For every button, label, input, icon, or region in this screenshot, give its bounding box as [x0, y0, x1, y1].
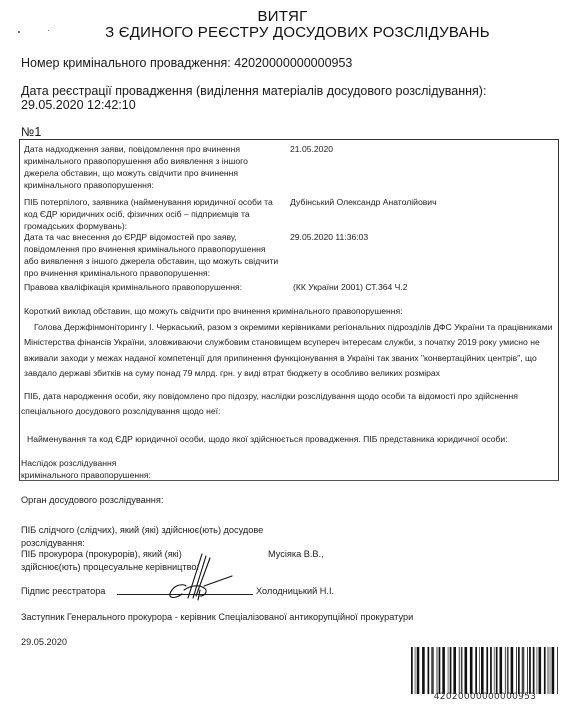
handwritten-signature-icon	[160, 550, 240, 602]
row-label-entry-datetime: Дата та час внесення до ЄРДР відомостей …	[24, 231, 280, 279]
outcome-label: Наслідок розслідування кримінального пра…	[21, 458, 171, 481]
document-date: 29.05.2020	[21, 636, 67, 649]
registrar-name: Холодницький Н.І.	[256, 585, 334, 598]
barcode-number: 42020000000000953	[410, 692, 560, 702]
investigation-body-label: Орган досудового розслідування:	[21, 494, 163, 507]
registration-date: Дата реєстрації провадження (виділення м…	[21, 84, 501, 112]
position-title: Заступник Генерального прокурора - керів…	[21, 611, 541, 624]
suspect-label: ПІБ, дата народження особи, яку повідомл…	[21, 389, 553, 420]
investigator-label: ПІБ слідчого (слідчих), який (які) здійс…	[21, 524, 271, 549]
barcode-icon	[410, 647, 560, 694]
row-label-victim: ПІБ потерпілого, заявника (найменування …	[24, 196, 274, 232]
row-value-entry-datetime: 29.05.2020 11:36:03	[290, 231, 550, 243]
entry-number: №1	[21, 125, 41, 139]
row-value-report-date: 21.05.2020	[290, 143, 550, 155]
registrar-signature-label: Підпис реєстратора	[21, 585, 105, 598]
scan-speck	[48, 30, 49, 31]
row-value-qualification: (КК України 2001) СТ.364 Ч.2	[293, 281, 553, 293]
row-value-victim: Дубінський Олександр Анатолійович	[290, 196, 550, 208]
legal-entity-label: Найменування та код ЄДР юридичної особи,…	[27, 433, 557, 445]
document-title: ВИТЯГ	[0, 8, 565, 25]
scan-speck	[18, 31, 20, 33]
row-label-qualification: Правова кваліфікація кримінального право…	[24, 281, 294, 293]
document-subtitle: З ЄДИНОГО РЕЄСТРУ ДОСУДОВИХ РОЗСЛІДУВАНЬ	[30, 24, 565, 41]
summary-label: Короткий виклад обставин, що можуть свід…	[24, 305, 554, 317]
prosecutor-name: Мусіяка В.В.,	[268, 548, 324, 561]
row-label-report-date: Дата надходження заяви, повідомлення про…	[24, 143, 274, 191]
summary-text: Голова Держфінмоніторингу І. Черкаський,…	[24, 320, 554, 381]
case-number: Номер кримінального провадження: 4202000…	[21, 56, 352, 70]
